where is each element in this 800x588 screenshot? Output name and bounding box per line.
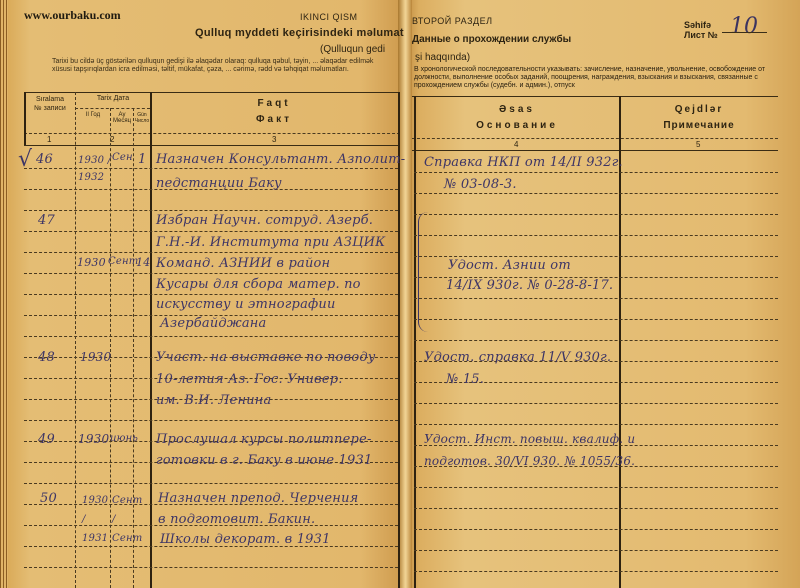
sheet-number-underline bbox=[722, 32, 767, 33]
ruled-line bbox=[414, 424, 778, 425]
brace-mark-icon bbox=[418, 212, 429, 332]
right-header-bottom bbox=[412, 150, 778, 151]
entry-50-number: 50 bbox=[40, 491, 57, 506]
page-edges bbox=[0, 0, 8, 588]
basis-48-line-2: № 15. bbox=[446, 372, 484, 387]
date-header-divider bbox=[75, 108, 150, 109]
ruled-line bbox=[414, 235, 778, 236]
ruled-line bbox=[414, 319, 778, 320]
ruled-line bbox=[24, 210, 398, 211]
left-col-divider-1 bbox=[75, 92, 76, 588]
left-header-bottom bbox=[24, 145, 400, 146]
entry-47-line-1: Избран Научн. сотруд. Азерб. bbox=[156, 213, 373, 228]
ruled-line bbox=[414, 571, 778, 572]
ruled-line bbox=[24, 420, 398, 421]
ruled-line bbox=[24, 231, 398, 232]
entry-47-line-4: Кусары для сбора матер. по bbox=[156, 277, 361, 292]
entry-48-line-1: Участ. на выставке по поводу bbox=[156, 350, 376, 365]
right-table-top-border bbox=[412, 96, 778, 97]
basis-49-line-1: Удост. Инст. повыш. квалиф. и bbox=[424, 432, 635, 446]
basis-49-line-2: подготов. 30/VI 930. № 1055/36. bbox=[424, 454, 635, 468]
entry-50-line-3: Школы декорат. в 1931 bbox=[160, 532, 331, 547]
col-header-fact-ru: Факт bbox=[150, 114, 398, 125]
col-number-3: 3 bbox=[272, 135, 276, 144]
sheet-label-az: Səhifə bbox=[684, 20, 718, 30]
right-section-label: ВТОРОЙ РАЗДЕЛ bbox=[412, 16, 493, 26]
left-page-subtitle: (Qulluqun gedi bbox=[320, 44, 385, 55]
left-table-top-border bbox=[24, 92, 400, 93]
book-spine bbox=[398, 0, 412, 588]
entry-49-line-2: готовки в г. Баку в июне 1931 bbox=[156, 453, 372, 468]
entry-48-line-2: 10-летия Аз. Гос. Универ. bbox=[156, 372, 343, 387]
sheet-number: 10 bbox=[730, 14, 758, 39]
ruled-line bbox=[414, 298, 778, 299]
right-table-left-border bbox=[414, 96, 416, 588]
ruled-line bbox=[414, 172, 778, 173]
ruled-line bbox=[414, 193, 778, 194]
right-page-subtitle: şi haqqında) bbox=[415, 52, 470, 63]
entry-47-line-6: Азербайджана bbox=[160, 316, 267, 331]
col-header-year: Il Год bbox=[76, 112, 110, 118]
sheet-label-ru: Лист № bbox=[684, 30, 718, 40]
basis-46-line-1: Справка НКП от 14/II 932г. bbox=[424, 155, 623, 170]
left-col-divider-4 bbox=[150, 92, 152, 588]
ruled-line bbox=[414, 487, 778, 488]
watermark: www.ourbaku.com bbox=[24, 8, 121, 23]
ruled-line bbox=[24, 273, 398, 274]
entry-48-number: 48 bbox=[38, 350, 55, 365]
right-page-title: Данные о прохождении службы bbox=[412, 34, 571, 45]
entry-46-line-1: Назначен Консультант. Азполит- bbox=[156, 152, 405, 167]
entry-49-year: 1930 bbox=[78, 432, 109, 446]
col-header-basis-az: Əsas bbox=[415, 104, 619, 115]
col-header-date: Tarix Дата bbox=[76, 95, 150, 102]
entry-48-year: 1930 bbox=[80, 350, 111, 364]
entry-46-number: 46 bbox=[36, 152, 53, 167]
entry-50-line-1: Назначен препод. Черчения bbox=[158, 491, 358, 506]
basis-46-line-2: № 03-08-3. bbox=[444, 177, 517, 192]
entry-47-day: 14 bbox=[136, 256, 150, 269]
entry-48-line-3: им. В.И. Ленина bbox=[156, 393, 272, 408]
entry-46-month: Сен bbox=[112, 152, 133, 163]
col-header-notes-ru: Примечание bbox=[620, 120, 778, 131]
ruled-line bbox=[414, 340, 778, 341]
col-header-notes-az: Qejdlər bbox=[620, 104, 778, 115]
left-instructions: Tarixi bu cildə üç göstərilən qulluqun g… bbox=[52, 58, 392, 74]
col-number-2: 2 bbox=[110, 135, 114, 144]
entry-47-line-2: Г.Н.-И. Института при АЗЦИК bbox=[156, 235, 385, 250]
ruled-line bbox=[24, 336, 398, 337]
ruled-line bbox=[24, 294, 398, 295]
col-number-4: 4 bbox=[514, 140, 518, 149]
col-header-number-az: Sıralama bbox=[26, 95, 74, 104]
entry-47-number: 47 bbox=[38, 213, 55, 228]
left-page-title: Qulluq myddeti keçirisindeki məlumat bbox=[195, 27, 404, 39]
ruled-line bbox=[24, 252, 398, 253]
entry-50-year: 1930 / 1931 bbox=[82, 491, 112, 548]
entry-46-line-2: педстанции Баку bbox=[156, 176, 282, 191]
col-number-1: 1 bbox=[47, 135, 51, 144]
col-header-fact-az: Faqt bbox=[150, 98, 398, 109]
ruled-line bbox=[24, 483, 398, 484]
entry-50-line-2: в подготовит. Бакин. bbox=[158, 512, 315, 527]
right-instructions: В хронологической последовательности ука… bbox=[414, 66, 784, 90]
checkmark-icon: √ bbox=[18, 147, 32, 172]
left-section-label: IKINCI QISM bbox=[300, 12, 358, 22]
basis-47-line-1: Удост. Азнии от bbox=[448, 258, 571, 273]
entry-49-month: июнь bbox=[110, 433, 138, 444]
col-header-basis-ru: Основание bbox=[415, 120, 619, 131]
sheet-label: Səhifə Лист № bbox=[684, 20, 718, 40]
col-header-month: Ay Месяц bbox=[111, 112, 133, 124]
ruled-line bbox=[414, 256, 778, 257]
basis-47-line-2: 14/IX 930г. № 0-28-8-17. bbox=[446, 278, 613, 293]
col-header-number-ru: № записи bbox=[26, 104, 74, 113]
col-header-day: Gün Число bbox=[134, 112, 150, 124]
entry-50-month: Сент / Сент bbox=[112, 491, 142, 548]
ruled-line bbox=[414, 403, 778, 404]
ruled-line bbox=[24, 567, 398, 568]
entry-47-year: 1930 bbox=[77, 256, 106, 269]
col-number-5: 5 bbox=[696, 140, 700, 149]
entry-47-line-3: Команд. АЗНИИ в район bbox=[156, 256, 330, 271]
entry-49-number: 49 bbox=[38, 432, 55, 447]
ruled-line bbox=[414, 508, 778, 509]
ruled-line bbox=[414, 550, 778, 551]
document-spread: www.ourbaku.com IKINCI QISM Qulluq mydde… bbox=[0, 0, 800, 588]
entry-47-line-5: искусству и этнографии bbox=[156, 297, 336, 312]
left-header-divider bbox=[24, 133, 400, 134]
ruled-line bbox=[414, 214, 778, 215]
entry-46-day: 1 bbox=[138, 152, 146, 167]
col-header-number: Sıralama № записи bbox=[26, 95, 74, 113]
entry-49-line-1: Прослушал курсы политпере- bbox=[156, 432, 372, 447]
ruled-line bbox=[414, 529, 778, 530]
entry-47-month: Сент bbox=[108, 256, 138, 267]
basis-48-line-1: Удост. справка 11/V 930г. bbox=[424, 350, 611, 365]
right-header-divider bbox=[412, 138, 778, 139]
